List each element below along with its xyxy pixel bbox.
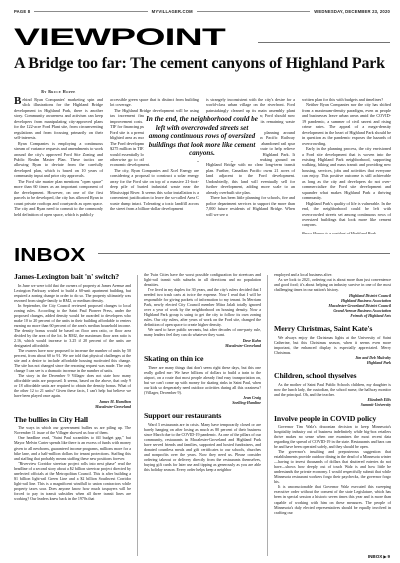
article-column-4: written plan for this with budgets and t…: [302, 97, 391, 234]
page-number-label: PAGE 8: [14, 9, 30, 14]
article-column-1: Behind Ryan Companies' marketing spin an…: [14, 97, 103, 234]
letter-title-saint-kates: Merry Christmas, Saint Kate's: [274, 324, 391, 333]
inbox-letters: James-Lexington bait 'n' switch? In June…: [14, 272, 391, 557]
letter-body-saint-kates: We always enjoy the Christmas lights at …: [274, 335, 391, 355]
letter-body-james-lexington: In June we were told that the owners of …: [14, 283, 131, 399]
letter-body-skating: There are many things that don't seem ri…: [144, 365, 261, 395]
inbox-rule: [98, 253, 390, 254]
inbox-column-1: James-Lexington bait 'n' switch? In June…: [14, 272, 131, 557]
letter-signature-restaurants: Highland District CouncilHighland Busine…: [274, 294, 391, 319]
header-rule-right: [197, 11, 310, 12]
letter-title-children: Children, school thyselves: [274, 371, 391, 380]
column-divider-1: [137, 275, 138, 556]
article-attribution: Bruce Hoppe is a resident of Highland Pa…: [302, 231, 391, 234]
letter-title-restaurants: Support our restaurants: [144, 411, 261, 420]
letter-signature-bullies: Dave KuhnMacalester-Groveland: [144, 339, 261, 349]
letter-signature-saint-kates: Jim and Deb MulcahyHighland Park: [274, 356, 391, 366]
column-divider-2: [267, 275, 268, 556]
continuation-notice: INBOX ▶ 9: [368, 554, 390, 559]
section-masthead: VIEWPOINT: [14, 26, 225, 50]
masthead-rule: [258, 42, 390, 43]
continuation-arrow-icon: ▶: [383, 554, 386, 559]
letter-body-restaurants-part1: Ward 3 restaurants are in crisis. Many h…: [144, 422, 261, 472]
letter-body-covid: Governor Tim Walz's draconian decision t…: [274, 424, 391, 515]
header-rule-left: [34, 11, 147, 12]
continuation-label: INBOX: [368, 554, 383, 559]
page-header: PAGE 8 MYVILLAGER.COM WEDNESDAY, DECEMBE…: [14, 9, 390, 14]
site-name: MYVILLAGER.COM: [152, 9, 193, 14]
letter-body-children: As the mother of Saint Paul Public Schoo…: [274, 382, 391, 397]
letter-title-skating: Skating on thin ice: [144, 354, 261, 363]
letter-body-restaurants-part2: employed and a local business alive.As w…: [274, 272, 391, 292]
issue-date: WEDNESDAY, DECEMBER 23, 2020: [314, 9, 390, 14]
letter-body-bullies-part2: the Twin Cities have the worst possible …: [144, 272, 261, 337]
article-column-4-text: written plan for this with budgets and t…: [302, 97, 391, 228]
newspaper-page: PAGE 8 MYVILLAGER.COM WEDNESDAY, DECEMBE…: [0, 0, 400, 563]
pull-quote: In the end, the neighborhood could be le…: [144, 113, 260, 161]
continuation-page: 9: [387, 554, 390, 559]
letter-title-covid: Involve people in COVID policy: [274, 414, 391, 423]
letter-signature-skating: Jean CraigSnelling-Hamline: [144, 396, 261, 406]
article-byline: By Bruce Hoppe: [14, 90, 103, 94]
inbox-column-2: the Twin Cities have the worst possible …: [144, 272, 261, 557]
letter-body-bullies-part1: The ways in which our government bullies…: [14, 425, 131, 500]
inbox-column-3: employed and a local business alive.As w…: [274, 272, 391, 557]
letter-signature-james-lexington: James M. HamiltonMacalester-Groveland: [14, 400, 131, 410]
letter-title-bullies: The bullies in City Hall: [14, 415, 131, 424]
article-headline: A Bridge too far: The cement canyons of …: [14, 55, 392, 73]
inbox-section-title: INBOX: [14, 246, 85, 264]
letter-signature-children: Elizabeth EllisSummit-University: [274, 398, 391, 408]
letter-title-james-lexington: James-Lexington bait 'n' switch?: [14, 272, 131, 281]
